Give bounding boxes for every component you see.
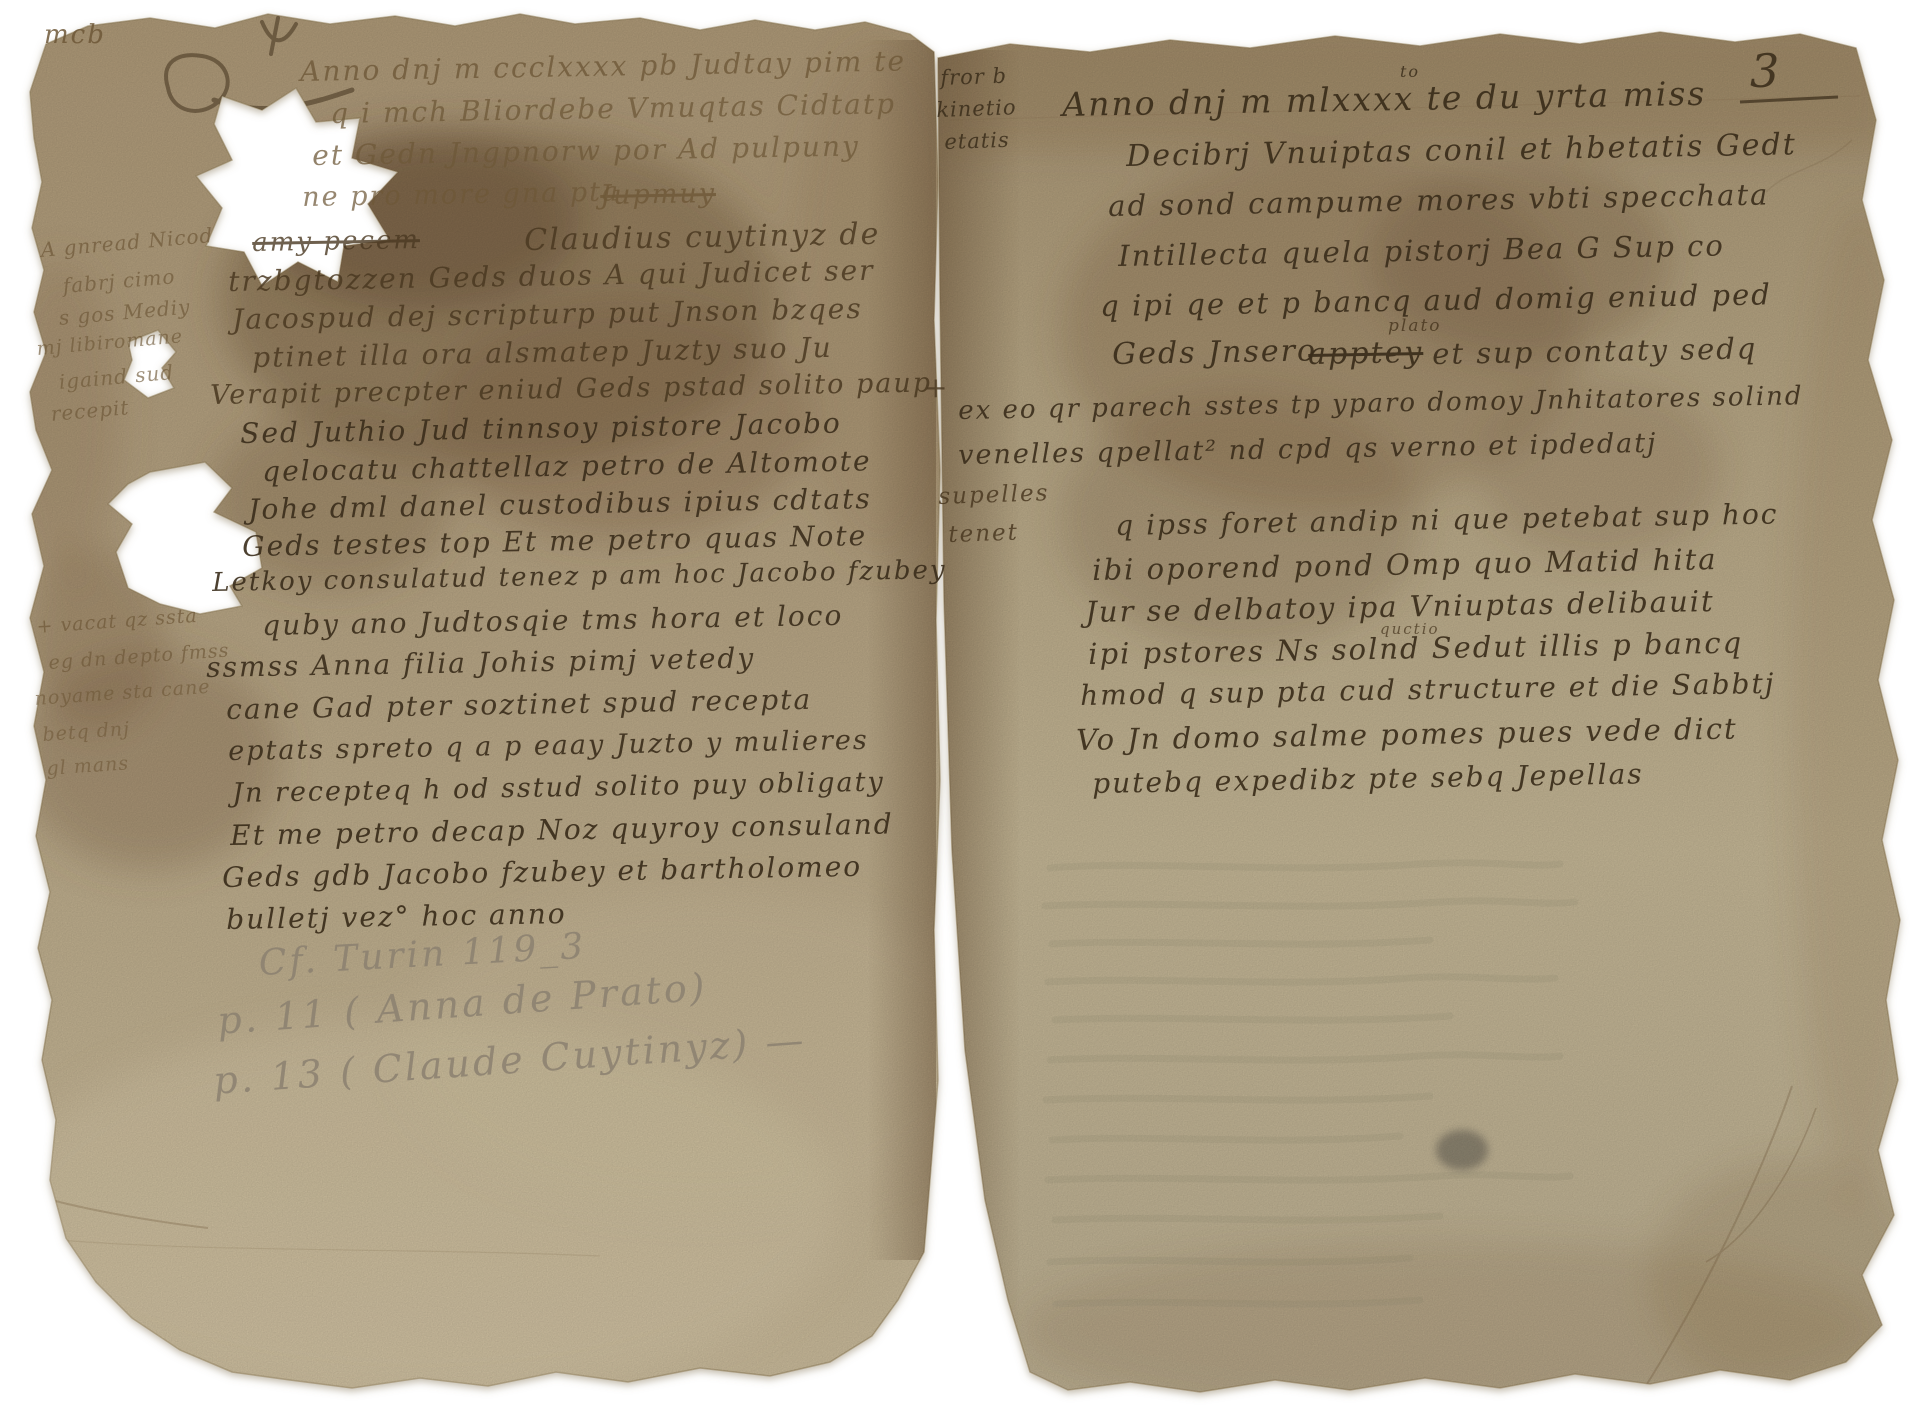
- corner-note: mcb: [44, 20, 106, 50]
- folio-number: 3: [1750, 44, 1779, 98]
- right-page: [930, 20, 1920, 1412]
- parchment-artwork: [0, 0, 1920, 1412]
- manuscript-spread: Anno dnj m ccclxxxx pb Judtay pim teq i …: [0, 0, 1920, 1412]
- left-page: [0, 10, 1000, 1410]
